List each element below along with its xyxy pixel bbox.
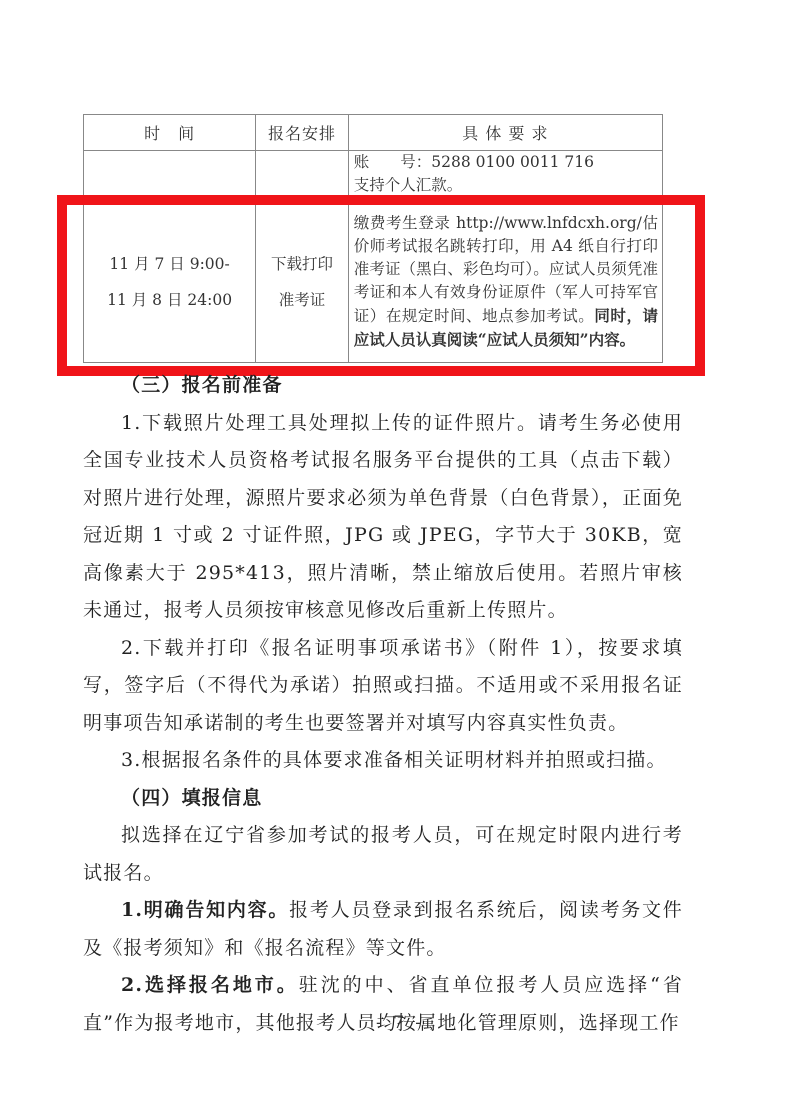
paragraph-lead: 1.明确告知内容。 <box>121 899 289 921</box>
document-page: 时 间 报名安排 具 体 要 求 账 号：5288 0100 0011 716 … <box>0 0 800 1101</box>
arrangement-line1: 下载打印 <box>256 246 348 282</box>
section-heading-3: （三）报名前准备 <box>83 367 683 405</box>
time-cell: 11 月 7 日 9:00- 11 月 8 日 24:00 <box>84 201 256 363</box>
paragraph: 2.下载并打印《报名证明事项承诺书》（附件 1），按要求填写，签字后（不得代为承… <box>83 630 683 743</box>
table-header-row: 时 间 报名安排 具 体 要 求 <box>84 115 663 151</box>
header-time: 时 间 <box>84 115 256 151</box>
time-cell <box>84 151 256 201</box>
page-number: - 7 - <box>0 1013 800 1033</box>
account-number-line: 账 号：5288 0100 0011 716 <box>354 151 658 174</box>
document-body: （三）报名前准备 1.下载照片处理工具处理拟上传的证件照片。请考生务必使用全国专… <box>83 367 683 1042</box>
header-requirements: 具 体 要 求 <box>348 115 662 151</box>
arrangement-cell: 下载打印 准考证 <box>256 201 349 363</box>
registration-table: 时 间 报名安排 具 体 要 求 账 号：5288 0100 0011 716 … <box>83 114 663 363</box>
paragraph-lead: 2.选择报名地市。 <box>121 974 299 996</box>
section-heading-4: （四）填报信息 <box>83 780 683 818</box>
remittance-note: 支持个人汇款。 <box>354 174 658 197</box>
requirements-cell: 缴费考生登录 http://www.lnfdcxh.org/估价师考试报名跳转打… <box>348 201 662 363</box>
arrangement-cell <box>256 151 349 201</box>
paragraph: 3.根据报名条件的具体要求准备相关证明材料并拍照或扫描。 <box>83 742 683 780</box>
header-arrangement: 报名安排 <box>256 115 349 151</box>
paragraph: 拟选择在辽宁省参加考试的报考人员，可在规定时限内进行考试报名。 <box>83 817 683 892</box>
paragraph: 1.下载照片处理工具处理拟上传的证件照片。请考生务必使用全国专业技术人员资格考试… <box>83 405 683 630</box>
table-row: 11 月 7 日 9:00- 11 月 8 日 24:00 下载打印 准考证 缴… <box>84 201 663 363</box>
arrangement-line2: 准考证 <box>256 282 348 318</box>
paragraph: 1.明确告知内容。报考人员登录到报名系统后，阅读考务文件及《报考须知》和《报名流… <box>83 892 683 967</box>
table-row: 账 号：5288 0100 0011 716 支持个人汇款。 <box>84 151 663 201</box>
time-end: 11 月 8 日 24:00 <box>84 282 255 318</box>
time-start: 11 月 7 日 9:00- <box>84 246 255 282</box>
requirements-cell: 账 号：5288 0100 0011 716 支持个人汇款。 <box>348 151 662 201</box>
